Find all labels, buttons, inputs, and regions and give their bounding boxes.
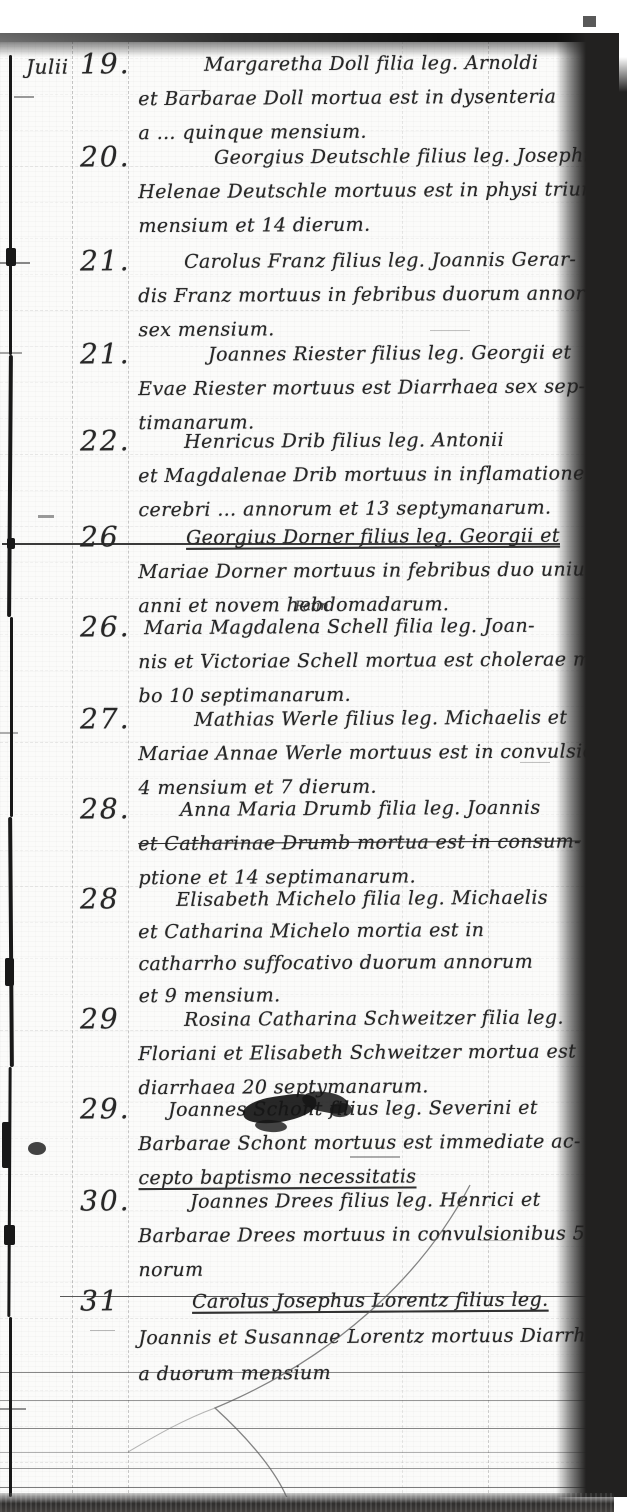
scanned-register-page: { "page": { "month_label": "Julii", "ent… [0, 0, 627, 1512]
scan-artifact-square [583, 16, 596, 27]
scan-bottom-shadow [0, 1493, 614, 1512]
scan-right-margin [619, 0, 627, 92]
scanner-bed-right-band [556, 33, 627, 1497]
register-scan-area: Julii 19. Margaretha Doll filia leg. Arn… [0, 33, 627, 1497]
scan-top-edge [0, 33, 614, 42]
paper-crease [0, 33, 627, 1497]
